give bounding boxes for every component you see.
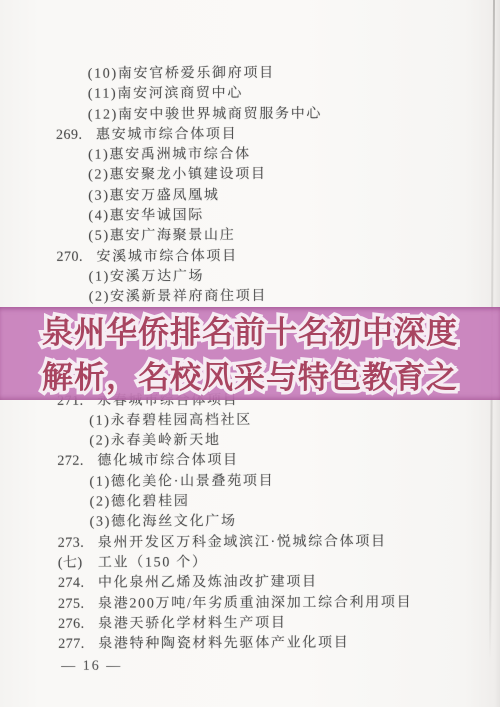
item-text: 惠安城市综合体项目 [96, 127, 237, 143]
headline-line-2: 解析，名校风采与特色教育之 解析，名校风采与特色教育之 [42, 357, 500, 402]
list-subitem: (12)南安中骏世界城商贸服务中心 [0, 104, 499, 126]
item-number: 274. [58, 574, 98, 594]
list-subitem: (4)惠安华诚国际 [0, 205, 499, 227]
subitem-text: (3)惠安万盛凤凰城 [88, 188, 219, 204]
list-subitem: (2)惠安聚龙小镇建设项目 [0, 164, 499, 186]
list-subitem: (2)德化碧桂园 [1, 491, 500, 513]
list-subitem: (10)南安官桥爱乐御府项目 [0, 63, 499, 85]
list-subitem: (1)惠安禹洲城市综合体 [0, 144, 499, 166]
subitem-text: (2)永春美岭新天地 [89, 433, 220, 449]
subitem-text: (4)惠安华诚国际 [88, 208, 204, 224]
list-subitem: (1)德化美伦·山景叠苑项目 [0, 471, 500, 493]
list-subitem: (3)惠安万盛凤凰城 [0, 185, 499, 207]
headline-overlay-band: 泉州华侨排名前十名初中深度 泉州华侨排名前十名初中深度 解析，名校风采与特色教育… [0, 307, 500, 400]
item-number: 270. [56, 247, 96, 267]
subitem-text: (1)安溪万达广场 [89, 269, 205, 285]
subitem-text: (2)德化碧桂园 [90, 494, 190, 509]
section-text: 工业（150 个） [98, 555, 208, 570]
item-text: 泉港200万吨/年劣质重油深加工综合利用项目 [98, 595, 412, 611]
subitem-text: (5)惠安广海聚景山庄 [88, 228, 235, 244]
list-item: 276.泉港天骄化学材料生产项目 [1, 613, 500, 635]
list-subitem: (11)南安河滨商贸中心 [0, 83, 499, 105]
item-number: 269. [56, 126, 96, 146]
headline-line-1-text: 泉州华侨排名前十名初中深度 [42, 312, 458, 354]
item-number: 276. [58, 614, 98, 634]
headline-line-1: 泉州华侨排名前十名初中深度 泉州华侨排名前十名初中深度 [42, 312, 500, 357]
subitem-text: (2)安溪新景祥府商住项目 [89, 289, 268, 305]
headline-text: 泉州华侨排名前十名初中深度 泉州华侨排名前十名初中深度 解析，名校风采与特色教育… [0, 307, 500, 400]
item-number: 277. [58, 635, 98, 655]
item-text: 泉港天骄化学材料生产项目 [98, 616, 286, 632]
item-number: 273. [58, 533, 98, 553]
scanned-document-page: (10)南安官桥爱乐御府项目 (11)南安河滨商贸中心 (12)南安中骏世界城商… [0, 0, 500, 707]
list-subitem: (2)永春美岭新天地 [0, 430, 500, 452]
item-text: 泉港特种陶瓷材料先驱体产业化项目 [98, 636, 349, 652]
headline-line-2-text: 解析，名校风采与特色教育之 [42, 357, 458, 399]
list-subitem: (2)安溪新景祥府商住项目 [0, 286, 500, 308]
subitem-text: (3)德化海丝文化广场 [90, 514, 237, 530]
list-subitem: (5)惠安广海聚景山庄 [0, 225, 499, 247]
subitem-text: (12)南安中骏世界城商贸服务中心 [88, 106, 322, 122]
list-item: 269.惠安城市综合体项目 [0, 124, 499, 146]
subitem-text: (10)南安官桥爱乐御府项目 [88, 66, 275, 82]
list-item: 270.安溪城市综合体项目 [0, 246, 500, 268]
section-heading: (七)工业（150 个） [1, 552, 500, 574]
list-item: 273.泉州开发区万科金域滨江·悦城综合体项目 [1, 532, 500, 554]
subitem-text: (11)南安河滨商贸中心 [88, 86, 243, 102]
item-text: 德化城市综合体项目 [97, 454, 238, 470]
subitem-text: (1)永春碧桂园高档社区 [89, 413, 252, 429]
list-subitem: (1)安溪万达广场 [0, 266, 500, 288]
item-text: 泉州开发区万科金域滨江·悦城综合体项目 [98, 534, 387, 550]
item-number: 275. [58, 594, 98, 614]
page-number: — 16 — [1, 657, 500, 675]
subitem-text: (1)德化美伦·山景叠苑项目 [89, 474, 274, 490]
list-item: 275.泉港200万吨/年劣质重油深加工综合利用项目 [1, 592, 500, 614]
list-subitem: (3)德化海丝文化广场 [1, 511, 500, 533]
item-text: 中化泉州乙烯及炼油改扩建项目 [98, 575, 318, 591]
subitem-text: (2)惠安聚龙小镇建设项目 [88, 167, 267, 183]
item-number: 272. [57, 452, 97, 472]
list-item: 274.中化泉州乙烯及炼油改扩建项目 [1, 572, 500, 594]
subitem-text: (1)惠安禹洲城市综合体 [88, 147, 251, 163]
list-item: 277.泉港特种陶瓷材料先驱体产业化项目 [1, 633, 500, 655]
item-text: 安溪城市综合体项目 [96, 249, 237, 265]
list-subitem: (1)永春碧桂园高档社区 [0, 410, 500, 432]
section-number: (七) [58, 554, 98, 574]
list-item: 272.德化城市综合体项目 [0, 450, 500, 472]
